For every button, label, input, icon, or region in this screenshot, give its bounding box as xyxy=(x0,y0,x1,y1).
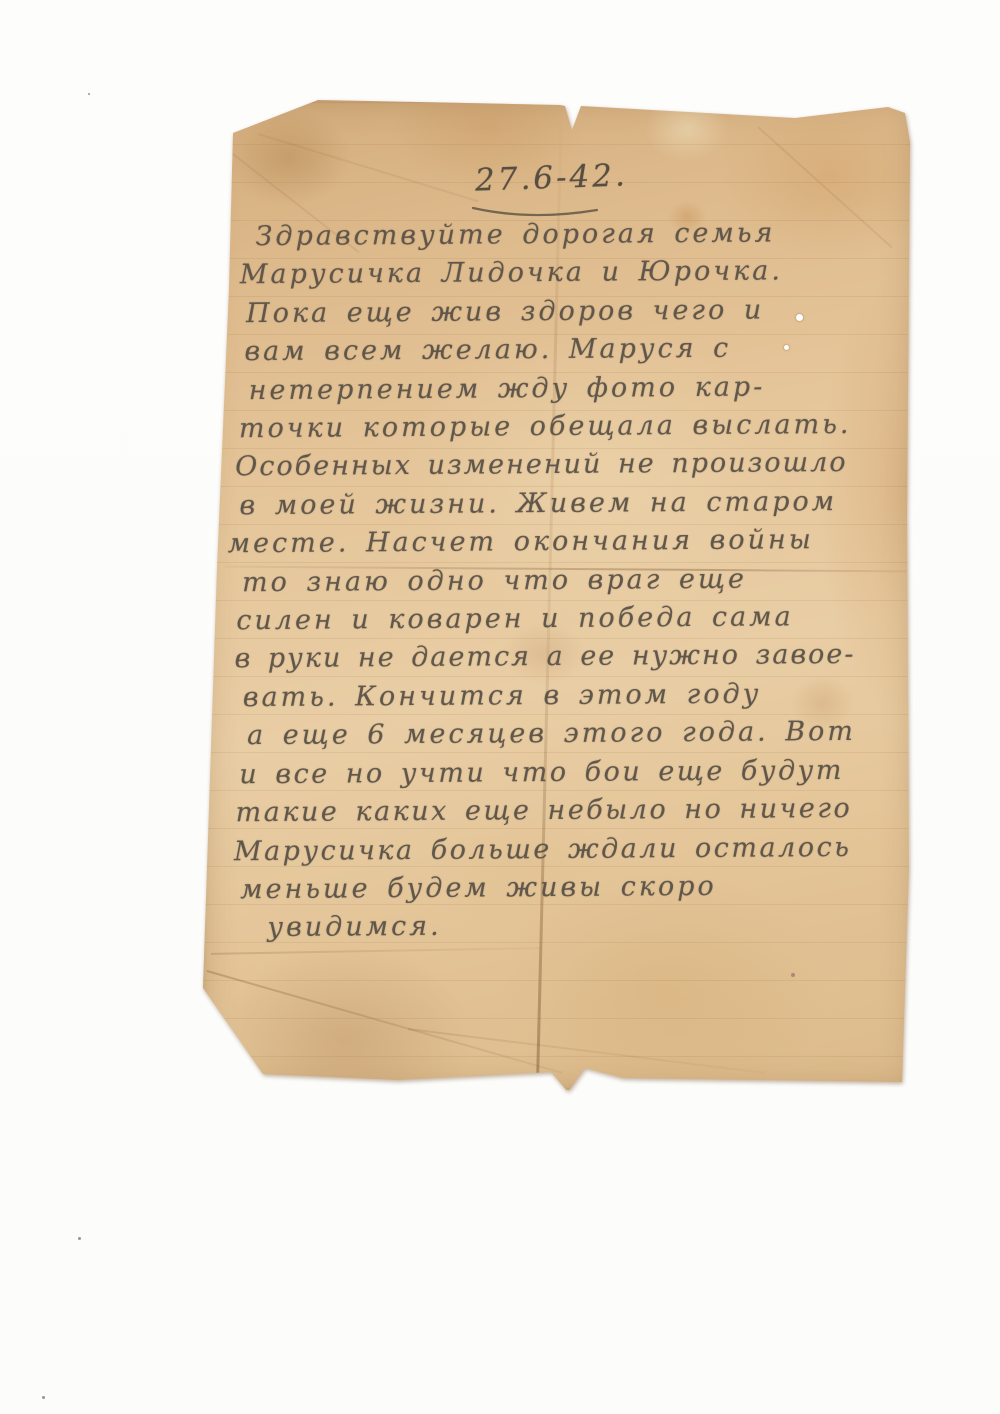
scan-speck xyxy=(78,1237,81,1240)
letter-paper: 27.6-42. Здравствуйте дорогая семья Мару… xyxy=(203,98,915,1090)
letter-date: 27.6-42. xyxy=(474,157,628,198)
letter-body: Здравствуйте дорогая семья Марусичка Лид… xyxy=(200,214,910,949)
letter-line-9: месте. Насчет окончания войны xyxy=(228,521,908,564)
letter-line-10: то знаю одно что враг еще xyxy=(242,559,908,602)
scan-background: 27.6-42. Здравствуйте дорогая семья Мару… xyxy=(0,0,1000,1414)
letter-line-19: увидимся. xyxy=(267,905,910,948)
letter-line-8: в моей жизни. Живем на старом xyxy=(239,482,907,525)
paper-sheet: 27.6-42. Здравствуйте дорогая семья Мару… xyxy=(203,98,915,1090)
scan-speck xyxy=(42,1396,45,1399)
paper-hole-small xyxy=(784,345,789,350)
letter-line-6: точки которые обещала выслать. xyxy=(239,406,907,449)
letter-line-18: меньше будем живы скоро xyxy=(240,866,910,909)
paper-hole xyxy=(796,314,803,321)
letter-line-3: Пока еще жив здоров чего и xyxy=(246,290,906,333)
letter-line-17: Марусичка больше ждали осталось xyxy=(234,828,910,871)
letter-line-2: Марусичка Лидочка и Юрочка. xyxy=(240,252,906,295)
letter-line-13: вать. Кончится в этом году xyxy=(243,674,909,717)
letter-line-4: вам всем желаю. Маруся с xyxy=(244,329,906,372)
letter-line-16: такие каких еще небыло но ничего xyxy=(235,790,909,833)
red-speck xyxy=(791,973,795,977)
scan-speck xyxy=(88,93,90,95)
letter-line-5: нетерпением жду фото кар- xyxy=(249,367,907,410)
letter-line-7: Особенных изменений не произошло xyxy=(235,444,907,487)
letter-line-14: а еще 6 месяцев этого года. Вот xyxy=(247,713,909,756)
letter-line-12: в руки не дается а ее нужно завое- xyxy=(234,636,908,679)
letter-line-15: и все но учти что бои еще будут xyxy=(239,751,909,794)
letter-line-11: силен и коварен и победа сама xyxy=(236,598,908,641)
letter-line-1: Здравствуйте дорогая семья xyxy=(255,214,905,257)
